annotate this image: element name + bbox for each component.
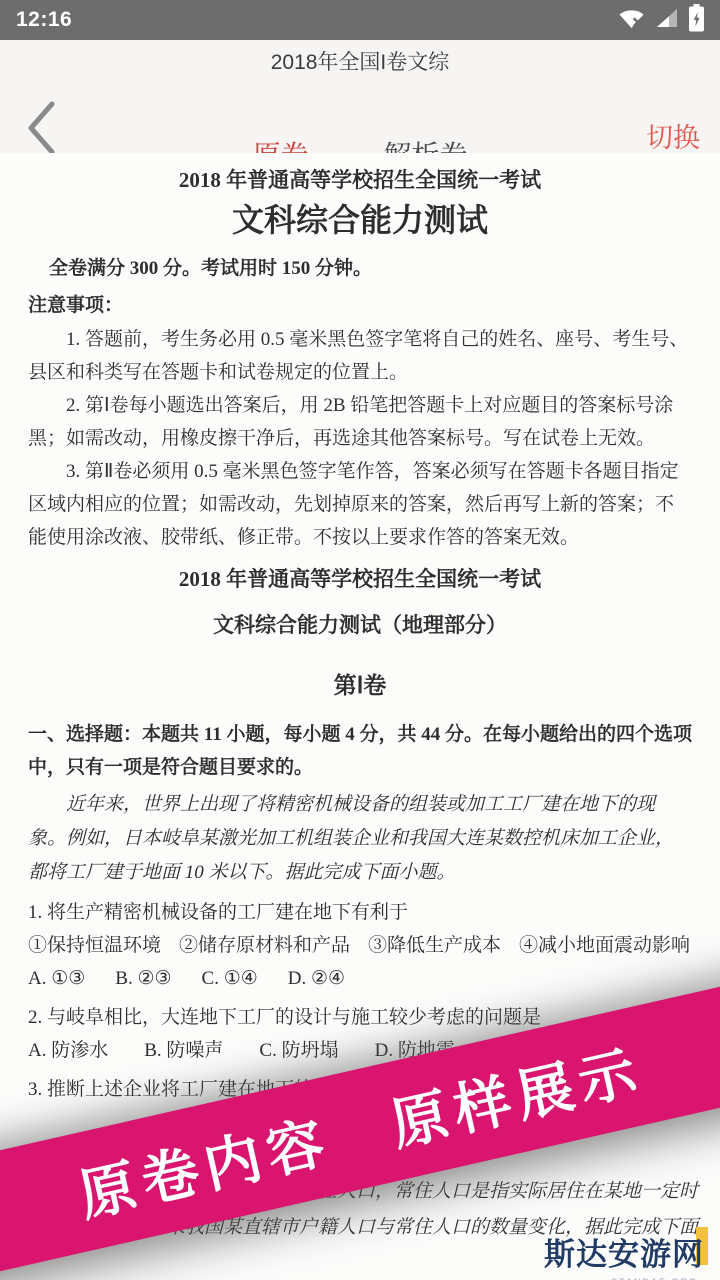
- page-title: 2018年全国I卷文综: [0, 40, 720, 75]
- option-item: ③降低生产成本: [368, 929, 501, 962]
- option-item: ②储存原材料和产品: [179, 929, 350, 962]
- status-icons: [618, 4, 704, 37]
- notice-item: 3. 第Ⅱ卷必须用 0.5 毫米黑色签字笔作答，答案必须写在答题卡各题目指定区域…: [28, 455, 692, 554]
- exam-title: 文科综合能力测试: [28, 199, 692, 241]
- clock: 12:16: [16, 8, 72, 32]
- answer-item: B. ②③: [115, 962, 171, 995]
- part-heading: 第Ⅰ卷: [28, 670, 692, 702]
- answer-item: D. ②④: [288, 962, 345, 995]
- site-watermark: 斯达安游网 STANDAE.ORG: [544, 1229, 704, 1280]
- watermark-name-text: 斯达安游网: [544, 1237, 704, 1272]
- score-line: 全卷满分 300 分。考试用时 150 分钟。: [28, 255, 692, 282]
- app-header: 2018年全国I卷文综 切换 原卷 解析卷: [0, 40, 720, 154]
- exam-header: 2018 年普通高等学校招生全国统一考试: [28, 167, 692, 193]
- section-intro: 一、选择题：本题共 11 小题，每小题 4 分，共 44 分。在每小题给出的四个…: [28, 718, 692, 784]
- battery-charging-icon: [689, 4, 704, 37]
- notice-item: 2. 第Ⅰ卷每小题选出答案后，用 2B 铅笔把答题卡上对应题目的答案标号涂黑；如…: [28, 389, 692, 455]
- question-1-answers: A. ①③ B. ②③ C. ①④ D. ②④: [28, 962, 692, 995]
- exam-header-2: 2018 年普通高等学校招生全国统一考试: [28, 564, 692, 594]
- answer-item: A. ①③: [28, 962, 85, 995]
- option-item: ①保持恒温环境: [28, 929, 161, 962]
- wifi-off-icon: [618, 6, 645, 35]
- question-1-options: ①保持恒温环境 ②储存原材料和产品 ③降低生产成本 ④减小地面震动影响: [28, 929, 692, 962]
- passage: 近年来，世界上出现了将精密机械设备的组装或加工工厂建在地下的现象。例如，日本岐阜…: [28, 788, 692, 890]
- watermark-name: 斯达安游网: [544, 1229, 704, 1274]
- exam-subtitle-2: 文科综合能力测试（地理部分）: [28, 610, 692, 640]
- notice-heading: 注意事项：: [28, 292, 692, 319]
- answer-item: B. 防噪声: [144, 1034, 223, 1067]
- answer-item: C. ①④: [202, 962, 258, 995]
- notice-item: 1. 答题前，考生务必用 0.5 毫米黑色签字笔将自己的姓名、座号、考生号、县区…: [28, 323, 692, 389]
- answer-item: C. 防坍塌: [259, 1034, 338, 1067]
- cell-signal-icon: [655, 6, 679, 35]
- status-bar: 12:16: [0, 0, 720, 40]
- answer-item: A. 防渗水: [28, 1034, 108, 1067]
- option-item: ④减小地面震动影响: [519, 929, 690, 962]
- question-1: 1. 将生产精密机械设备的工厂建在地下有利于: [28, 896, 692, 929]
- notice-list: 1. 答题前，考生务必用 0.5 毫米黑色签字笔将自己的姓名、座号、考生号、县区…: [28, 323, 692, 554]
